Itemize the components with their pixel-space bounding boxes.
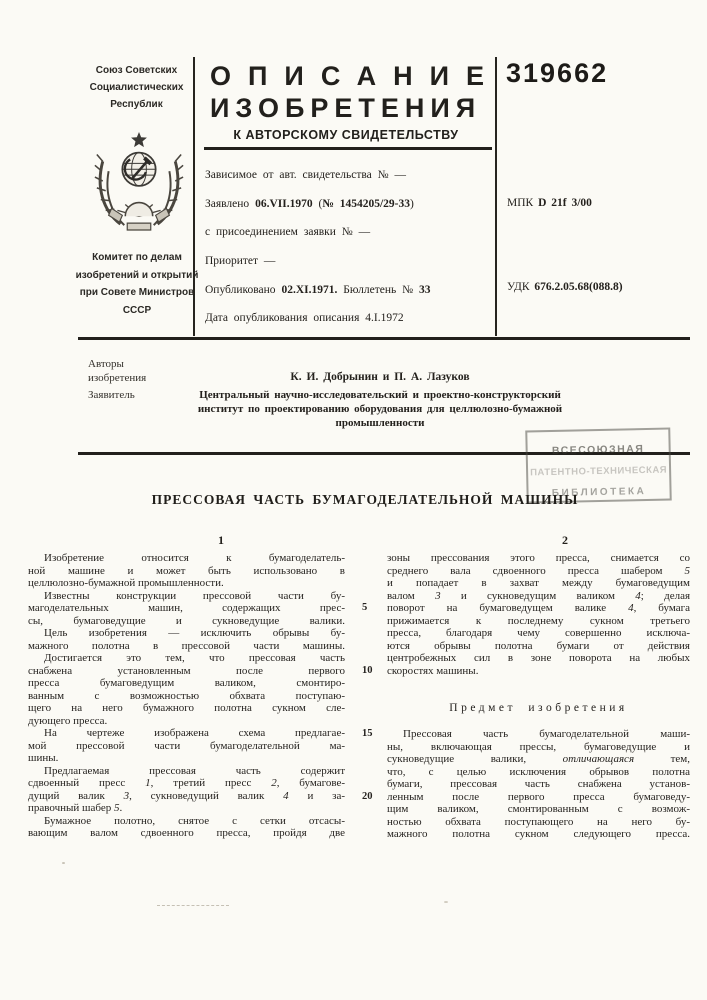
- series-title-line1: ОПИСАНИЕ: [210, 60, 500, 92]
- text-line: 10скоростях машины.: [387, 665, 690, 678]
- committee-name-line: при Совете Министров: [50, 284, 224, 302]
- scan-speck: [62, 862, 65, 864]
- line-text: щего на него бумажного полотна сукном сл…: [28, 702, 345, 714]
- text-line: правочный шабер 5.: [28, 802, 345, 815]
- udc-classification: УДК 676.2.05.68(088.8): [507, 281, 623, 293]
- text-segment: , сукноведущий валик: [129, 790, 283, 802]
- text-line: снабжена установленным после первого: [28, 665, 345, 678]
- body-column-left: Изобретение относится к бумагоделатель-н…: [28, 552, 345, 840]
- text-segment: 5: [685, 565, 691, 577]
- text-segment: Заявлено: [205, 198, 255, 210]
- line-text: ванным с возможностью обхвата поступаю-: [28, 690, 345, 702]
- line-text: сы, бумаговедущие и сукноведущие валики.: [28, 615, 345, 627]
- text-line: дущий валик 3, сукноведущий валик 4 и за…: [28, 790, 345, 803]
- line-number: 20: [362, 791, 382, 804]
- text-segment: дущий валик: [28, 790, 124, 802]
- udc-value: 676.2.05.68(088.8): [534, 281, 622, 293]
- line-text: магоделательных машин, содержащих прес-: [28, 602, 345, 614]
- text-line: центробежных сил в зоне поворота на любы…: [387, 652, 690, 665]
- stamp-line: ПАТЕНТНО-ТЕХНИЧЕСКАЯ: [528, 460, 669, 484]
- text-line: и попадает в захват между бумаговедущим: [387, 577, 690, 590]
- line-text: Достигается это тем, что прессовая часть: [44, 652, 345, 664]
- ussr-coat-of-arms-icon: [90, 130, 188, 232]
- line-text: снабжена установленным после первого: [28, 665, 345, 677]
- text-segment: правочный шабер: [28, 802, 114, 814]
- text-line: 5поворот на бумаговедущем валике 4, бума…: [387, 602, 690, 615]
- text-line: ной машине и может быть использовано в: [28, 565, 345, 578]
- text-line: щего на него бумажного полотна сукном сл…: [28, 702, 345, 715]
- text-line: дующего пресса.: [28, 715, 345, 728]
- column-number-left: 1: [218, 533, 224, 548]
- text-line: среднего вала сдвоенного пресса шабером …: [387, 565, 690, 578]
- column-number-right: 2: [562, 533, 568, 548]
- bibliographic-fields: Зависимое от авт. свидетельства № —Заявл…: [205, 161, 493, 333]
- authors-names: К. И. Добрынин и П. А. Лазуков: [220, 371, 540, 383]
- line-text: бумаги, прессовая часть снабжена установ…: [387, 778, 690, 790]
- text-line: пресса, благодаря чему совершенно исключ…: [387, 627, 690, 640]
- text-segment: , бумагове-: [277, 777, 345, 789]
- line-text: шины.: [28, 752, 58, 764]
- scan-artifact: [157, 905, 229, 906]
- line-text: сдвоенный пресс 1, третий пресс 2, бумаг…: [28, 777, 345, 789]
- text-segment: Бюллетень №: [337, 284, 419, 296]
- text-segment: тем,: [634, 753, 690, 765]
- authors-label-line: изобретения: [88, 371, 146, 385]
- text-line: мой прессовой части бумагоделательной ма…: [28, 740, 345, 753]
- authors-label: Авторы изобретения: [88, 357, 146, 385]
- text-line: зоны прессования этого пресса, снимается…: [387, 552, 690, 565]
- applicant-line: промышленности: [145, 416, 615, 430]
- text-line: мажного полотна сукном следующего пресса…: [387, 828, 690, 841]
- line-text: мажного полотна сукном следующего пресса…: [387, 828, 690, 840]
- text-line: с присоединением заявки № —: [205, 218, 493, 247]
- text-segment: Дата опубликования описания 4.I.1972: [205, 312, 404, 324]
- horizontal-rule-top: [78, 337, 690, 340]
- text-line: Приоритет —: [205, 247, 493, 276]
- text-line: Опубликовано 02.XI.1971. Бюллетень № 33: [205, 276, 493, 305]
- text-line: Достигается это тем, что прессовая часть: [28, 652, 345, 665]
- text-line: валом 3 и сукноведущим валиком 4; делая: [387, 590, 690, 603]
- scan-speck: [444, 901, 448, 903]
- text-segment: .: [120, 802, 123, 814]
- patent-document-page: Союз Советских Социалистических Республи…: [0, 0, 707, 1000]
- text-line: целлюлозно-бумажной промышленности.: [28, 577, 345, 590]
- line-text: сукноведущие валики, отличающаяся тем,: [387, 753, 690, 765]
- text-line: 20ленным после первого пресса бумаговеду…: [387, 791, 690, 804]
- text-line: бумаги, прессовая часть снабжена установ…: [387, 778, 690, 791]
- line-text: мажного полотна в прессовой части машины…: [28, 640, 345, 652]
- text-line: сдвоенный пресс 1, третий пресс 2, бумаг…: [28, 777, 345, 790]
- text-segment: Приоритет —: [205, 255, 275, 267]
- text-segment: поворот на бумаговедущем валике: [387, 602, 628, 614]
- text-segment: № 1454205/29-33: [322, 198, 410, 210]
- text-segment: с присоединением заявки № —: [205, 226, 370, 238]
- ipc-label: МПК: [507, 197, 533, 209]
- line-text: На чертеже изображена схема предлагае-: [44, 727, 345, 739]
- line-text: зоны прессования этого пресса, снимается…: [387, 552, 690, 564]
- line-text: ются обрывы полотна бумаги от действия: [387, 640, 690, 652]
- text-segment: , бумага: [634, 602, 690, 614]
- text-segment: Опубликовано: [205, 284, 281, 296]
- text-line: Изобретение относится к бумагоделатель-: [28, 552, 345, 565]
- text-segment: , третий пресс: [151, 777, 272, 789]
- text-line: мажного полотна в прессовой части машины…: [28, 640, 345, 653]
- line-text: валом 3 и сукноведущим валиком 4; делая: [387, 590, 690, 602]
- line-text: Изобретение относится к бумагоделатель-: [44, 552, 345, 564]
- text-segment: сукноведущие валики,: [387, 753, 563, 765]
- text-line: шины.: [28, 752, 345, 765]
- text-line: Известны конструкции прессовой части бу-: [28, 590, 345, 603]
- line-text: Цель изобретения — исключить обрывы бу-: [44, 627, 345, 639]
- text-segment: ; делая: [641, 590, 690, 602]
- text-line: 15Прессовая часть бумагоделательной маши…: [387, 728, 690, 741]
- line-text: целлюлозно-бумажной промышленности.: [28, 577, 224, 589]
- line-text: Бумажное полотно, снятое с сетки отсасы-: [44, 815, 345, 827]
- line-text: прижимается к последнему сукном третьего: [387, 615, 690, 627]
- line-text: пресса бумаговедущим валиком, смонтиро-: [28, 677, 345, 689]
- masthead-divider-left: [193, 57, 195, 336]
- text-line: Заявлено 06.VII.1970 (№ 1454205/29-33): [205, 190, 493, 219]
- line-text: с присоединением заявки № —: [205, 226, 370, 238]
- invention-title: ПРЕССОВАЯ ЧАСТЬ БУМАГОДЕЛАТЕЛЬНОЙ МАШИНЫ: [60, 492, 670, 508]
- line-text: правочный шабер 5.: [28, 802, 122, 814]
- ipc-classification: МПК D 21f 3/00: [507, 197, 592, 209]
- text-segment: сдвоенный пресс: [28, 777, 145, 789]
- line-text: что, с целью исключения обрывов полотна: [387, 766, 690, 778]
- committee-name-line: СССР: [50, 302, 224, 320]
- text-line: щим валиком, смонтированным с возмож-: [387, 803, 690, 816]
- line-text: вающим валом сдвоенного пресса, пройдя д…: [28, 827, 345, 839]
- text-line: Дата опубликования описания 4.I.1972: [205, 304, 493, 333]
- line-text: пресса, благодаря чему совершенно исключ…: [387, 627, 690, 639]
- line-text: ной машине и может быть использовано в: [28, 565, 345, 577]
- text-segment: и сукноведущим валиком: [441, 590, 636, 602]
- description-paragraph: зоны прессования этого пресса, снимается…: [387, 552, 690, 677]
- applicant-label: Заявитель: [88, 389, 135, 401]
- line-text: Заявлено 06.VII.1970 (№ 1454205/29-33): [205, 198, 414, 210]
- text-segment: Зависимое от авт. свидетельства № —: [205, 169, 406, 181]
- series-title: ОПИСАНИЕ ИЗОБРЕТЕНИЯ: [210, 60, 500, 124]
- text-segment: (: [313, 198, 323, 210]
- text-line: прижимается к последнему сукном третьего: [387, 615, 690, 628]
- claims-paragraph: 15Прессовая часть бумагоделательной маши…: [387, 728, 690, 841]
- applicant-line: институт по проектированию оборудования …: [145, 402, 615, 416]
- text-line: сы, бумаговедущие и сукноведущие валики.: [28, 615, 345, 628]
- applicant-line: Центральный научно-исследовательский и п…: [145, 388, 615, 402]
- line-text: скоростях машины.: [387, 665, 478, 677]
- line-number: 15: [362, 728, 382, 741]
- claims-heading: Предмет изобретения: [387, 702, 690, 715]
- committee-name: Комитет по делам изобретений и открытий …: [50, 249, 224, 319]
- line-text: Дата опубликования описания 4.I.1972: [205, 312, 404, 324]
- line-text: ны, включающая прессы, бумаговедущие и: [387, 741, 690, 753]
- body-column-right: зоны прессования этого пресса, снимается…: [387, 552, 690, 841]
- subtitle-underline: [204, 147, 492, 150]
- udc-label: УДК: [507, 281, 530, 293]
- committee-name-line: изобретений и открытий: [50, 267, 224, 285]
- text-segment: и за-: [289, 790, 345, 802]
- text-line: пресса бумаговедущим валиком, смонтиро-: [28, 677, 345, 690]
- text-line: что, с целью исключения обрывов полотна: [387, 766, 690, 779]
- committee-name-line: Комитет по делам: [50, 249, 224, 267]
- series-title-line2: ИЗОБРЕТЕНИЯ: [210, 92, 500, 124]
- line-text: и попадает в захват между бумаговедущим: [387, 577, 690, 589]
- text-line: ются обрывы полотна бумаги от действия: [387, 640, 690, 653]
- text-segment: 33: [419, 284, 431, 296]
- text-segment: 06.VII.1970: [255, 198, 313, 210]
- line-text: ностью обхвата поступающего на него бу-: [387, 816, 690, 828]
- line-text: среднего вала сдвоенного пресса шабером …: [387, 565, 690, 577]
- applicant-name: Центральный научно-исследовательский и п…: [145, 388, 615, 431]
- text-line: ностью обхвата поступающего на него бу-: [387, 816, 690, 829]
- text-line: Зависимое от авт. свидетельства № —: [205, 161, 493, 190]
- text-line: магоделательных машин, содержащих прес-: [28, 602, 345, 615]
- line-text: мой прессовой части бумагоделательной ма…: [28, 740, 345, 752]
- line-text: Известны конструкции прессовой части бу-: [44, 590, 345, 602]
- series-subtitle: К АВТОРСКОМУ СВИДЕТЕЛЬСТВУ: [200, 128, 492, 142]
- line-text: Предлагаемая прессовая часть содержит: [44, 765, 345, 777]
- line-text: дующего пресса.: [28, 715, 107, 727]
- text-line: Цель изобретения — исключить обрывы бу-: [28, 627, 345, 640]
- line-text: Приоритет —: [205, 255, 275, 267]
- line-text: центробежных сил в зоне поворота на любы…: [387, 652, 690, 664]
- line-text: дущий валик 3, сукноведущий валик 4 и за…: [28, 790, 345, 802]
- text-line: ны, включающая прессы, бумаговедущие и: [387, 741, 690, 754]
- text-line: На чертеже изображена схема предлагае-: [28, 727, 345, 740]
- line-text: щим валиком, смонтированным с возмож-: [387, 803, 690, 815]
- authors-label-line: Авторы: [88, 357, 146, 371]
- text-segment: валом: [387, 590, 435, 602]
- text-line: вающим валом сдвоенного пресса, пройдя д…: [28, 827, 345, 840]
- stamp-line: ВСЕСОЮЗНАЯ: [527, 439, 668, 463]
- document-number: 319662: [506, 58, 608, 89]
- text-segment: 02.XI.1971.: [281, 284, 337, 296]
- text-segment: отличающаяся: [563, 753, 634, 765]
- text-line: Предлагаемая прессовая часть содержит: [28, 765, 345, 778]
- text-segment: ): [410, 198, 414, 210]
- line-text: Прессовая часть бумагоделательной маши-: [403, 728, 690, 740]
- line-text: Зависимое от авт. свидетельства № —: [205, 169, 406, 181]
- line-text: поворот на бумаговедущем валике 4, бумаг…: [387, 602, 690, 614]
- line-text: Опубликовано 02.XI.1971. Бюллетень № 33: [205, 284, 430, 296]
- text-line: Бумажное полотно, снятое с сетки отсасы-: [28, 815, 345, 828]
- ipc-value: D 21f 3/00: [538, 197, 592, 209]
- text-segment: среднего вала сдвоенного пресса шабером: [387, 565, 685, 577]
- line-number: 10: [362, 665, 382, 678]
- line-number: 5: [362, 602, 382, 615]
- text-line: ванным с возможностью обхвата поступаю-: [28, 690, 345, 703]
- line-text: ленным после первого пресса бумаговеду-: [387, 791, 690, 803]
- text-line: сукноведущие валики, отличающаяся тем,: [387, 753, 690, 766]
